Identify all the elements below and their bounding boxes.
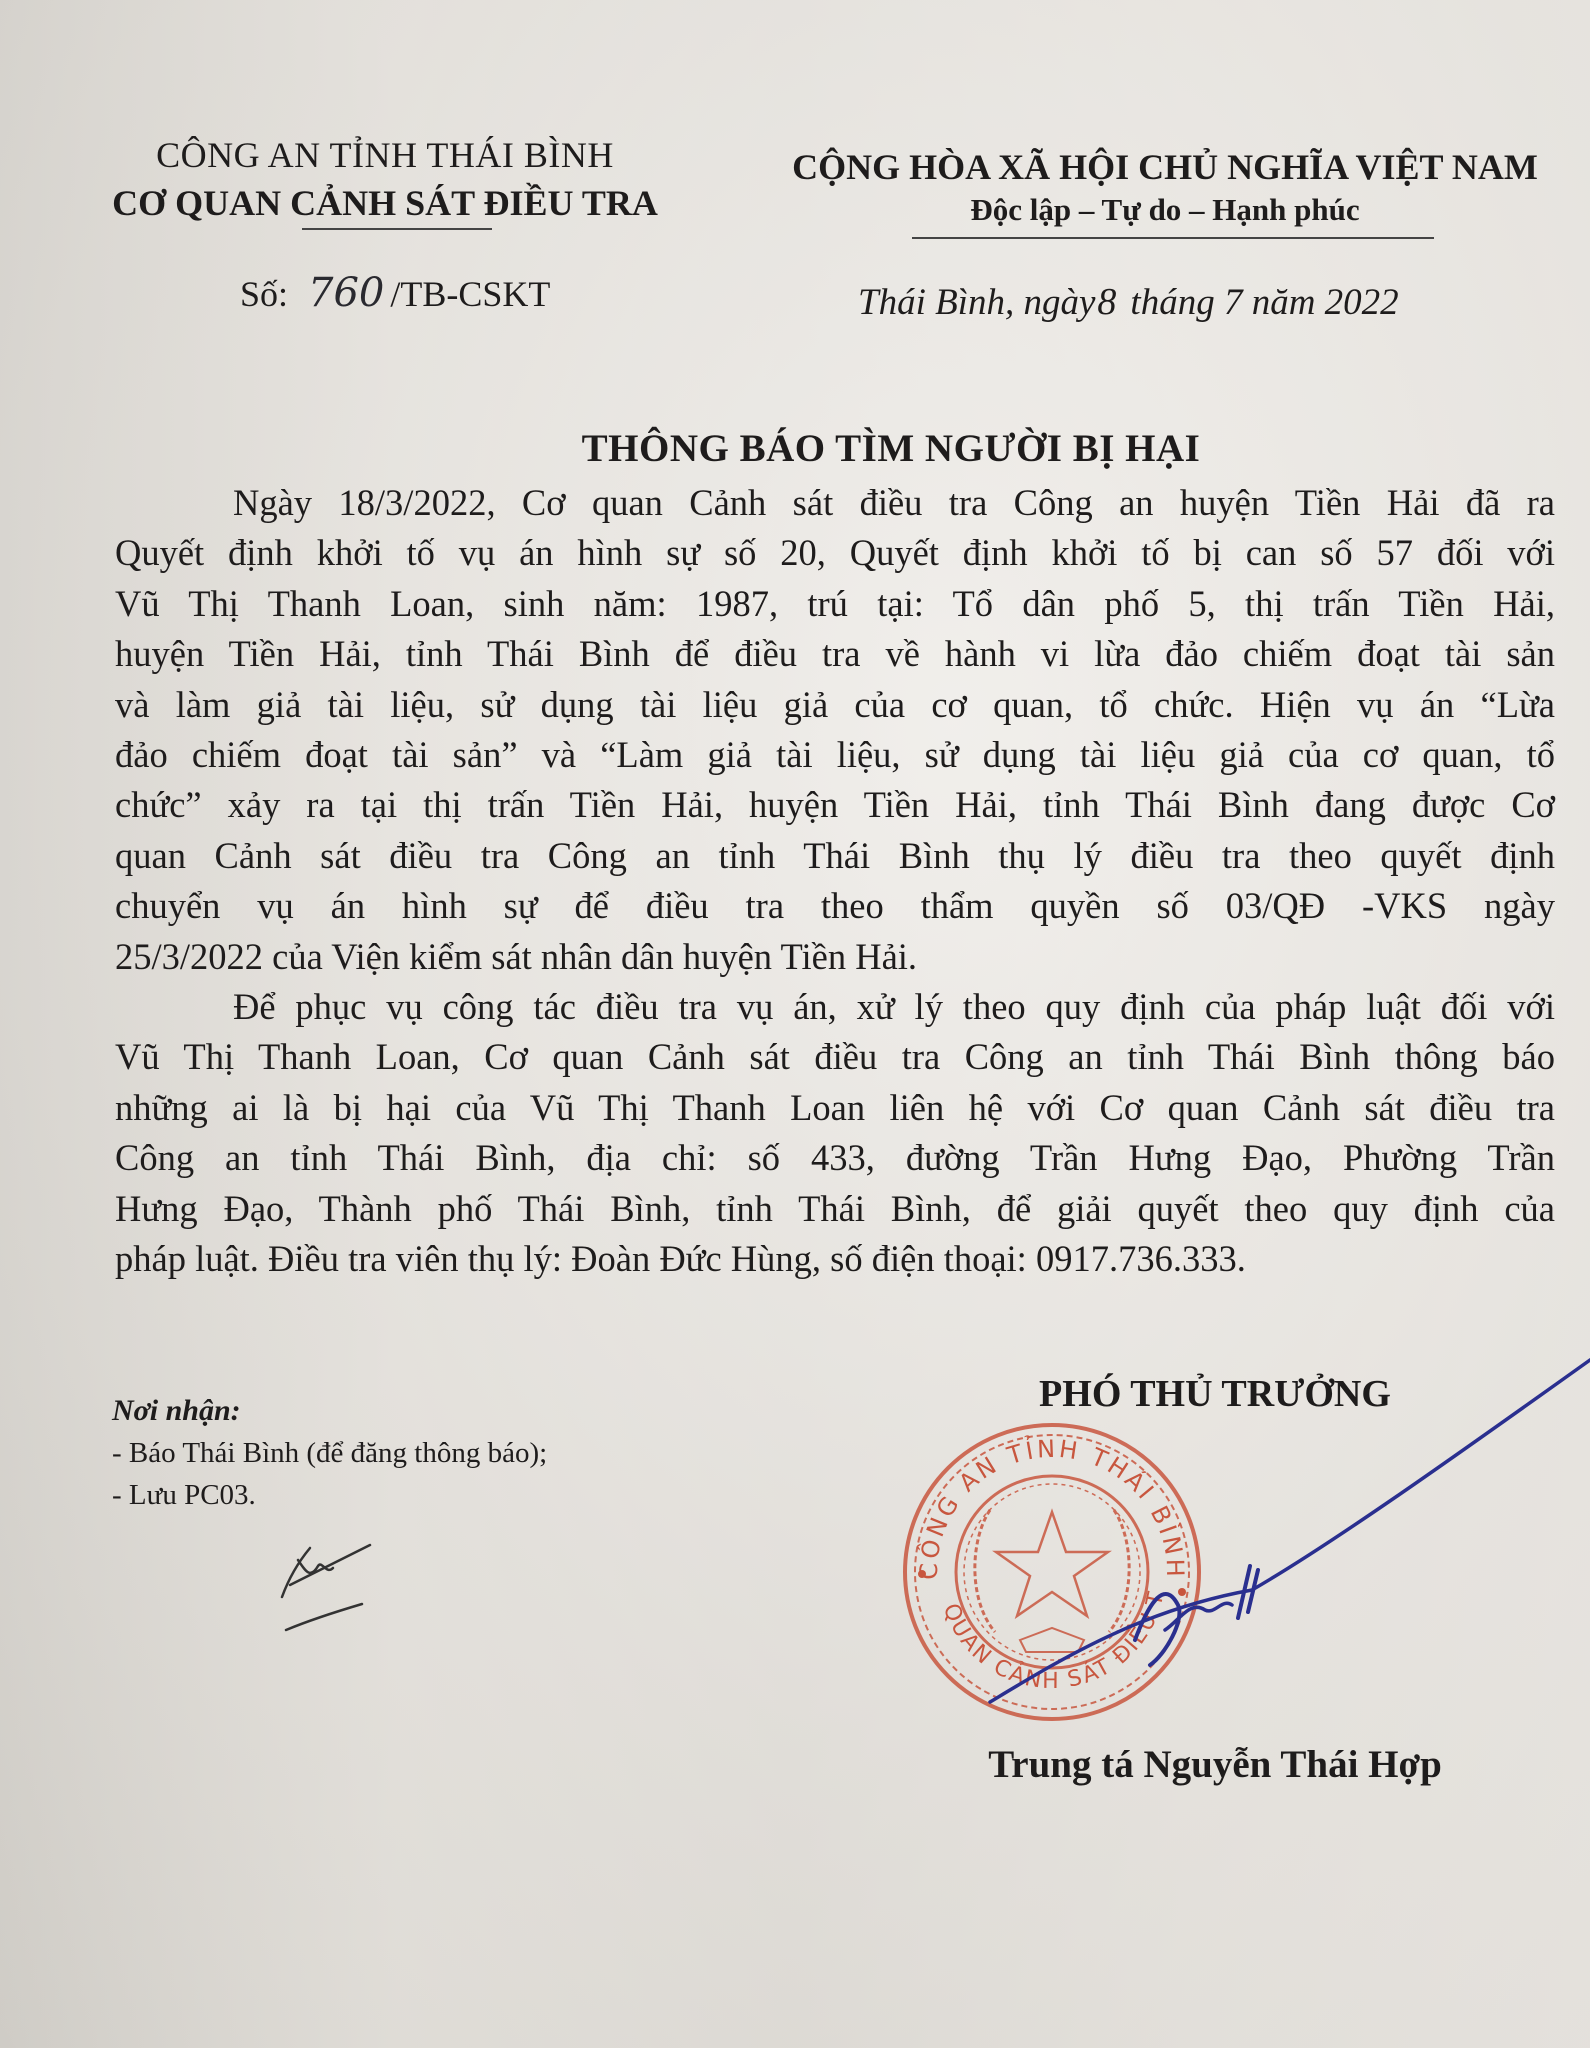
- stamp-and-signature-layer: CÔNG AN TỈNH THÁI BÌNH CƠ QUAN CẢNH SÁT …: [0, 0, 1590, 2048]
- document-page: CÔNG AN TỈNH THÁI BÌNH CƠ QUAN CẢNH SÁT …: [0, 0, 1590, 2048]
- svg-text:CƠ QUAN CẢNH SÁT ĐIỀU TRA: CƠ QUAN CẢNH SÁT ĐIỀU TRA: [0, 0, 1170, 1694]
- initials-mark-icon: [282, 1545, 370, 1630]
- signer-name: Trung tá Nguyễn Thái Hợp: [900, 1742, 1530, 1787]
- signer-position: PHÓ THỦ TRƯỞNG: [900, 1372, 1530, 1416]
- official-stamp-icon: CÔNG AN TỈNH THÁI BÌNH CƠ QUAN CẢNH SÁT …: [0, 0, 1199, 1719]
